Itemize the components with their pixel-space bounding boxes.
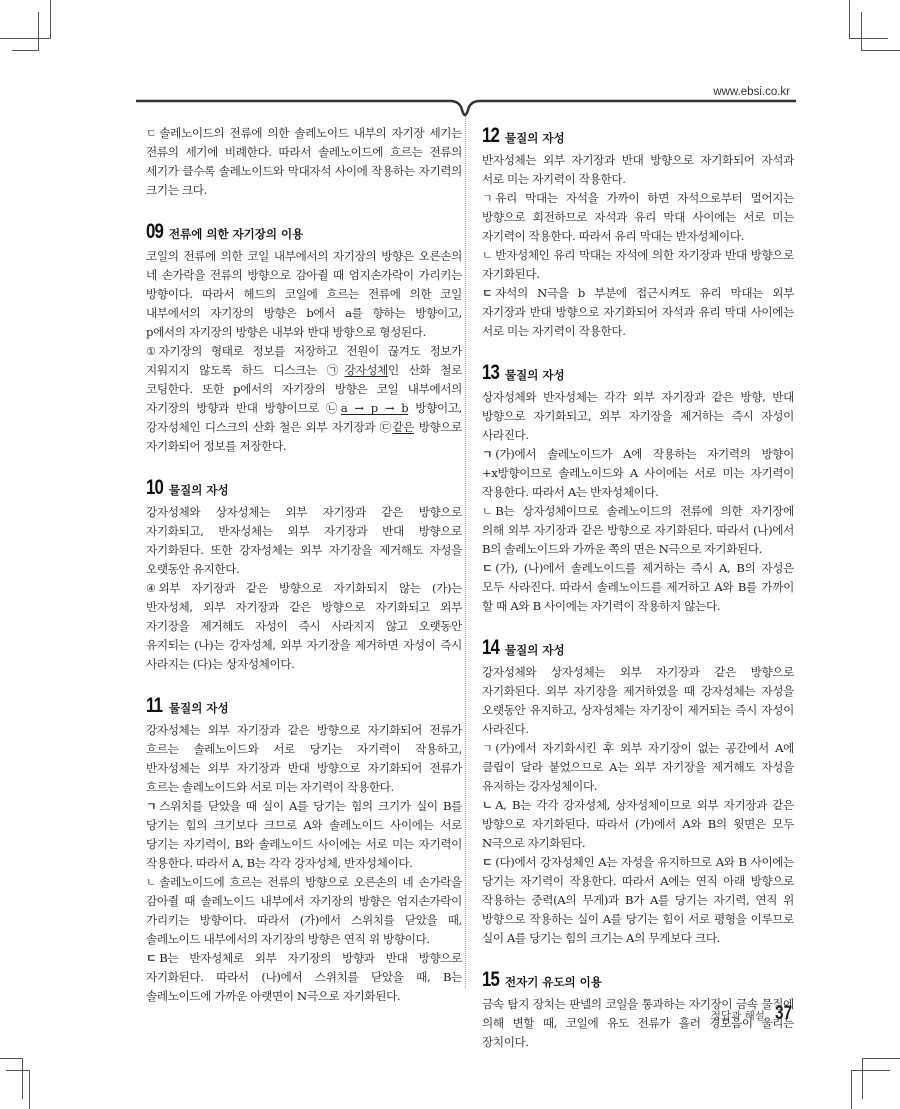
section-number: 12 xyxy=(482,124,500,148)
section-11: 11 물질의 자성 강자성체는 외부 자기장과 같은 방향으로 자기화되어 전류… xyxy=(146,694,462,1006)
cross-mark-icon: ㄱ xyxy=(146,797,156,816)
header-divider-line xyxy=(0,0,900,130)
section-heading: 13 물질의 자성 xyxy=(482,361,794,385)
list-item: ㄴA, B는 각각 강자성체, 상자성체이므로 외부 자기장과 같은 방향으로 … xyxy=(482,796,794,853)
section-title: 전류에 의한 자기장의 이용 xyxy=(169,226,303,242)
section-heading: 14 물질의 자성 xyxy=(482,636,794,660)
section-13: 13 물질의 자성 상자성체와 반자성체는 각각 외부 자기장과 같은 방향, … xyxy=(482,361,794,616)
footer-label: 정답과 해설 xyxy=(711,1008,765,1023)
section-title: 물질의 자성 xyxy=(169,482,229,498)
list-item: ㄱ스위치를 닫았을 때 실이 A를 당기는 힘의 크기가 실이 B를 당기는 힘… xyxy=(146,797,462,873)
section-body: 반자성체는 외부 자기장과 반대 방향으로 자기화되어 자석과 서로 미는 자기… xyxy=(482,151,794,189)
answer-number-icon: ① xyxy=(146,342,156,361)
list-item: ㄱ(가)에서 자기화시킨 후 외부 자기장이 없는 공간에서 A에 클립이 달라… xyxy=(482,739,794,796)
section-heading: 10 물질의 자성 xyxy=(146,476,462,500)
section-heading: 09 전류에 의한 자기장의 이용 xyxy=(146,220,462,244)
check-mark-icon: ㄴ xyxy=(482,502,492,521)
list-item: ㄴ반자성체인 유리 막대는 자석에 의한 자기장과 반대 방향으로 자기화된다. xyxy=(482,246,794,284)
list-item: ㄷ(다)에서 강자성체인 A는 자성을 유지하므로 A와 B 사이에는 당기는 … xyxy=(482,853,794,948)
list-item: ㄴB는 상자성체이므로 솔레노이드의 전류에 의한 자기장에 의해 외부 자기장… xyxy=(482,502,794,559)
list-item: ㄴ솔레노이드에 흐르는 전류의 방향으로 오른손의 네 손가락을 감아쥘 때 솔… xyxy=(146,873,462,949)
intro-paragraph: ㄷ솔레노이드의 전류에 의한 솔레노이드 내부의 자기장 세기는 전류의 세기에… xyxy=(146,124,462,200)
list-item: ㄷ(가), (나)에서 솔레노이드를 제거하는 즉시 A, B의 자성은 모두 … xyxy=(482,559,794,616)
answer-explanation: ①자기장의 형태로 정보를 저장하고 전원이 끊겨도 정보가 지워지지 않도록 … xyxy=(146,342,462,456)
right-column: 12 물질의 자성 반자성체는 외부 자기장과 반대 방향으로 자기화되어 자석… xyxy=(482,124,794,1072)
section-number: 14 xyxy=(482,636,500,660)
cross-mark-icon: ㄷ xyxy=(146,949,156,968)
section-body: 코일의 전류에 의한 코일 내부에서의 자기장의 방향은 오른손의 네 손가락을… xyxy=(146,247,462,342)
cross-mark-icon: ㄷ xyxy=(482,559,492,578)
crop-mark-bottom-right-b xyxy=(851,1070,890,1109)
cross-mark-icon: ㄱ xyxy=(482,445,492,464)
section-body: 상자성체와 반자성체는 각각 외부 자기장과 같은 방향, 반대 방향으로 자기… xyxy=(482,388,794,445)
section-title: 물질의 자성 xyxy=(505,130,565,146)
section-heading: 12 물질의 자성 xyxy=(482,124,794,148)
check-mark-icon: ㄷ xyxy=(146,124,156,143)
section-title: 전자기 유도의 이용 xyxy=(505,974,602,990)
section-12: 12 물질의 자성 반자성체는 외부 자기장과 반대 방향으로 자기화되어 자석… xyxy=(482,124,794,341)
left-column: ㄷ솔레노이드의 전류에 의한 솔레노이드 내부의 자기장 세기는 전류의 세기에… xyxy=(146,124,462,1026)
page-number: 37 xyxy=(775,1003,792,1025)
section-heading: 11 물질의 자성 xyxy=(146,694,462,718)
section-heading: 15 전자기 유도의 이용 xyxy=(482,968,794,992)
section-number: 10 xyxy=(146,476,164,500)
column-divider xyxy=(465,116,466,988)
intro-block: ㄷ솔레노이드의 전류에 의한 솔레노이드 내부의 자기장 세기는 전류의 세기에… xyxy=(146,124,462,200)
check-mark-icon: ㄴ xyxy=(146,873,156,892)
answer-explanation: ④외부 자기장과 같은 방향으로 자기화되지 않는 (가)는 반자성체, 외부 … xyxy=(146,579,462,674)
cross-mark-icon: ㄷ xyxy=(482,853,492,872)
section-body: 강자성체와 상자성체는 외부 자기장과 같은 방향으로 자기화되고, 반자성체는… xyxy=(146,503,462,579)
list-item: ㄱ유리 막대는 자석을 가까이 하면 자석으로부터 멀어지는 방향으로 회전하므… xyxy=(482,189,794,246)
list-item: ㄱ(가)에서 솔레노이드가 A에 작용하는 자기력의 방향이 +x방향이므로 솔… xyxy=(482,445,794,502)
crop-mark-bottom-left-b xyxy=(6,1070,30,1109)
cross-mark-icon: ㄴ xyxy=(482,796,492,815)
check-mark-icon: ㄱ xyxy=(482,189,492,208)
section-number: 13 xyxy=(482,361,500,385)
list-item: ㄷ자석의 N극을 b 부분에 접근시켜도 유리 막대는 외부 자기장과 반대 방… xyxy=(482,284,794,341)
page-footer: 정답과 해설 37 xyxy=(711,1003,794,1025)
answer-number-icon: ④ xyxy=(146,579,156,598)
section-09: 09 전류에 의한 자기장의 이용 코일의 전류에 의한 코일 내부에서의 자기… xyxy=(146,220,462,456)
section-number: 09 xyxy=(146,220,164,244)
cross-mark-icon: ㄷ xyxy=(482,284,492,303)
section-10: 10 물질의 자성 강자성체와 상자성체는 외부 자기장과 같은 방향으로 자기… xyxy=(146,476,462,674)
section-number: 11 xyxy=(146,694,164,718)
check-mark-icon: ㄴ xyxy=(482,246,492,265)
section-title: 물질의 자성 xyxy=(169,700,229,716)
section-body: 강자성체는 외부 자기장과 같은 방향으로 자기화되어 전류가 흐르는 솔레노이… xyxy=(146,721,462,797)
section-title: 물질의 자성 xyxy=(505,642,565,658)
list-item: ㄷB는 반자성체로 외부 자기장의 방향과 반대 방향으로 자기화된다. 따라서… xyxy=(146,949,462,1006)
section-number: 15 xyxy=(482,968,500,992)
section-14: 14 물질의 자성 강자성체와 상자성체는 외부 자기장과 같은 방향으로 자기… xyxy=(482,636,794,948)
section-body: 강자성체와 상자성체는 외부 자기장과 같은 방향으로 자기화된다. 외부 자기… xyxy=(482,663,794,739)
check-mark-icon: ㄱ xyxy=(482,739,492,758)
section-title: 물질의 자성 xyxy=(505,367,565,383)
